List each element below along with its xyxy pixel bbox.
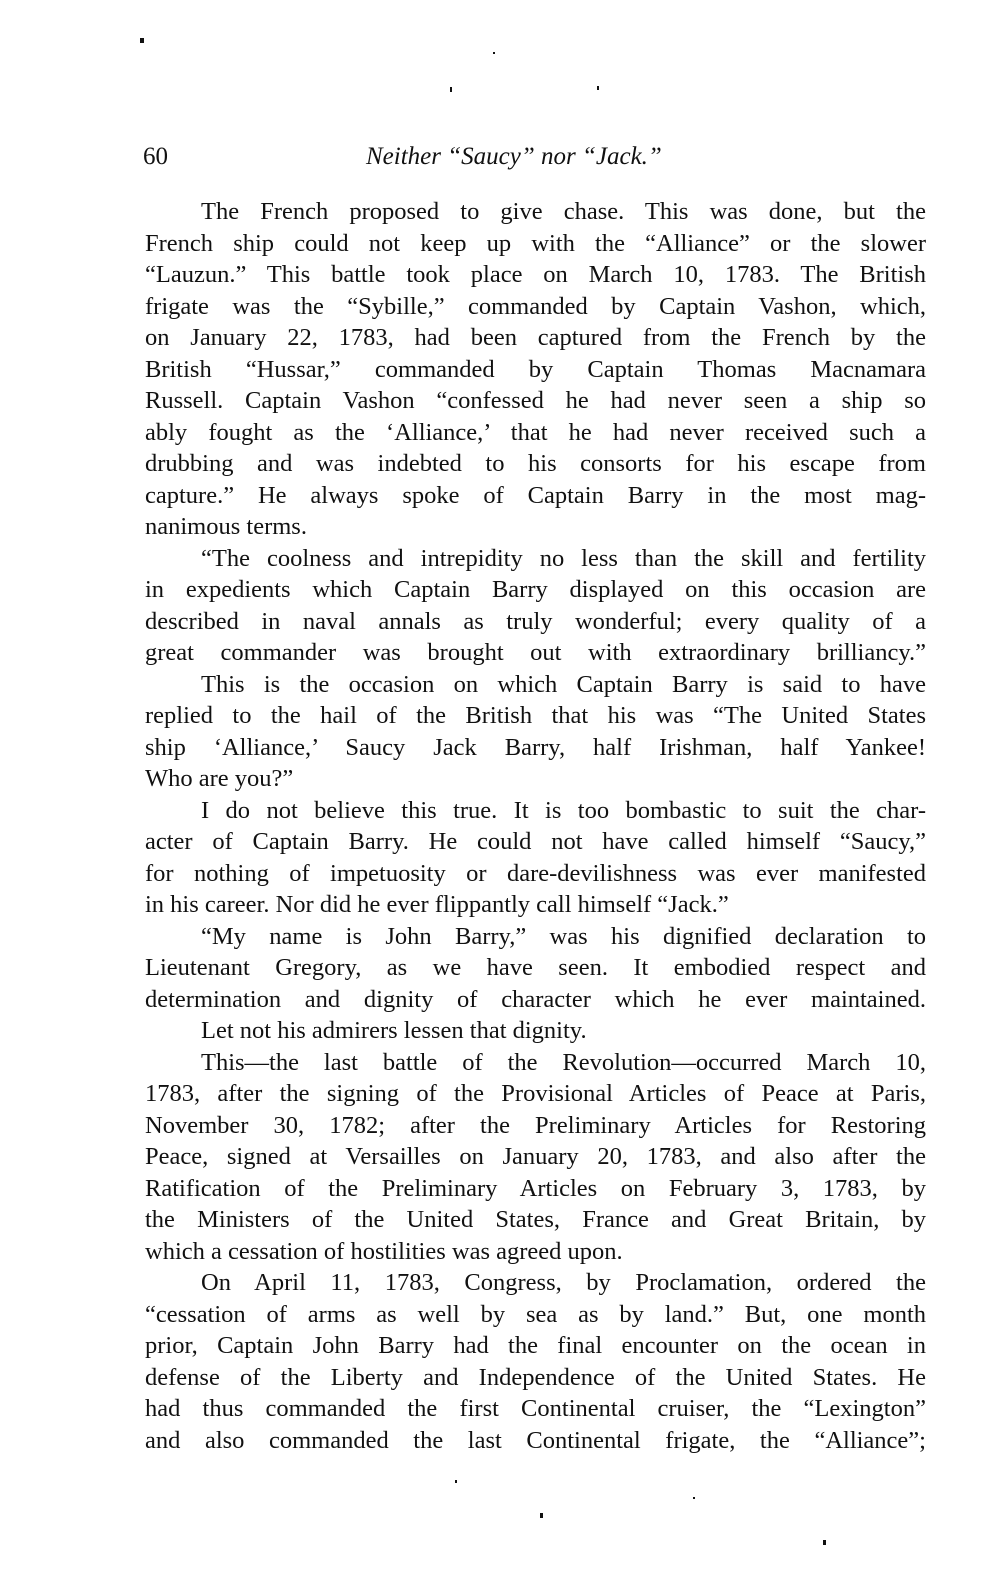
- text-line: November 30, 1782; after the Preliminary…: [145, 1110, 926, 1142]
- text-line: “The coolness and intrepidity no less th…: [145, 543, 926, 575]
- text-line: On April 11, 1783, Congress, by Proclama…: [145, 1267, 926, 1299]
- text-line: Russell. Captain Vashon “confessed he ha…: [145, 385, 926, 417]
- text-line: in his career. Nor did he ever flippantl…: [145, 889, 926, 921]
- text-line: on January 22, 1783, had been captured f…: [145, 322, 926, 354]
- scan-speck: [693, 1497, 695, 1499]
- text-line: British “Hussar,” commanded by Captain T…: [145, 354, 926, 386]
- scan-speck: [455, 1480, 457, 1483]
- scan-speck: [493, 52, 495, 54]
- scan-speck: [450, 87, 452, 92]
- scan-speck: [140, 38, 144, 43]
- scan-speck: [540, 1513, 543, 1518]
- text-line: in expedients which Captain Barry displa…: [145, 574, 926, 606]
- body-text: The French proposed to give chase. This …: [145, 196, 926, 1456]
- text-line: defense of the Liberty and Independence …: [145, 1362, 926, 1394]
- text-line: capture.” He always spoke of Captain Bar…: [145, 480, 926, 512]
- text-line: described in naval annals as truly wonde…: [145, 606, 926, 638]
- text-line: great commander was brought out with ext…: [145, 637, 926, 669]
- text-line: This is the occasion on which Captain Ba…: [145, 669, 926, 701]
- text-line: determination and dignity of character w…: [145, 984, 926, 1016]
- text-line: ship ‘Alliance,’ Saucy Jack Barry, half …: [145, 732, 926, 764]
- text-line: Who are you?”: [145, 763, 926, 795]
- text-line: I do not believe this true. It is too bo…: [145, 795, 926, 827]
- text-line: “My name is John Barry,” was his dignifi…: [145, 921, 926, 953]
- text-line: the Ministers of the United States, Fran…: [145, 1204, 926, 1236]
- text-line: nanimous terms.: [145, 511, 926, 543]
- text-line: prior, Captain John Barry had the final …: [145, 1330, 926, 1362]
- text-line: “cessation of arms as well by sea as by …: [145, 1299, 926, 1331]
- text-line: drubbing and was indebted to his consort…: [145, 448, 926, 480]
- text-line: which a cessation of hostilities was agr…: [145, 1236, 926, 1268]
- text-line: “Lauzun.” This battle took place on Marc…: [145, 259, 926, 291]
- text-line: Ratification of the Preliminary Articles…: [145, 1173, 926, 1205]
- text-line: Let not his admirers lessen that dignity…: [145, 1015, 926, 1047]
- text-line: Lieutenant Gregory, as we have seen. It …: [145, 952, 926, 984]
- text-line: and also commanded the last Continental …: [145, 1425, 926, 1457]
- text-line: ably fought as the ‘Alliance,’ that he h…: [145, 417, 926, 449]
- text-line: French ship could not keep up with the “…: [145, 228, 926, 260]
- text-line: frigate was the “Sybille,” commanded by …: [145, 291, 926, 323]
- page-number: 60: [143, 142, 168, 172]
- text-line: Peace, signed at Versailles on January 2…: [145, 1141, 926, 1173]
- text-line: The French proposed to give chase. This …: [145, 196, 926, 228]
- scan-speck: [597, 86, 599, 90]
- running-head: Neither “Saucy” nor “Jack.”: [366, 142, 662, 172]
- text-line: for nothing of impetuosity or dare-devil…: [145, 858, 926, 890]
- text-line: acter of Captain Barry. He could not hav…: [145, 826, 926, 858]
- text-line: replied to the hail of the British that …: [145, 700, 926, 732]
- text-line: This—the last battle of the Revolution—o…: [145, 1047, 926, 1079]
- scan-speck: [823, 1540, 826, 1545]
- text-line: had thus commanded the first Continental…: [145, 1393, 926, 1425]
- text-line: 1783, after the signing of the Provision…: [145, 1078, 926, 1110]
